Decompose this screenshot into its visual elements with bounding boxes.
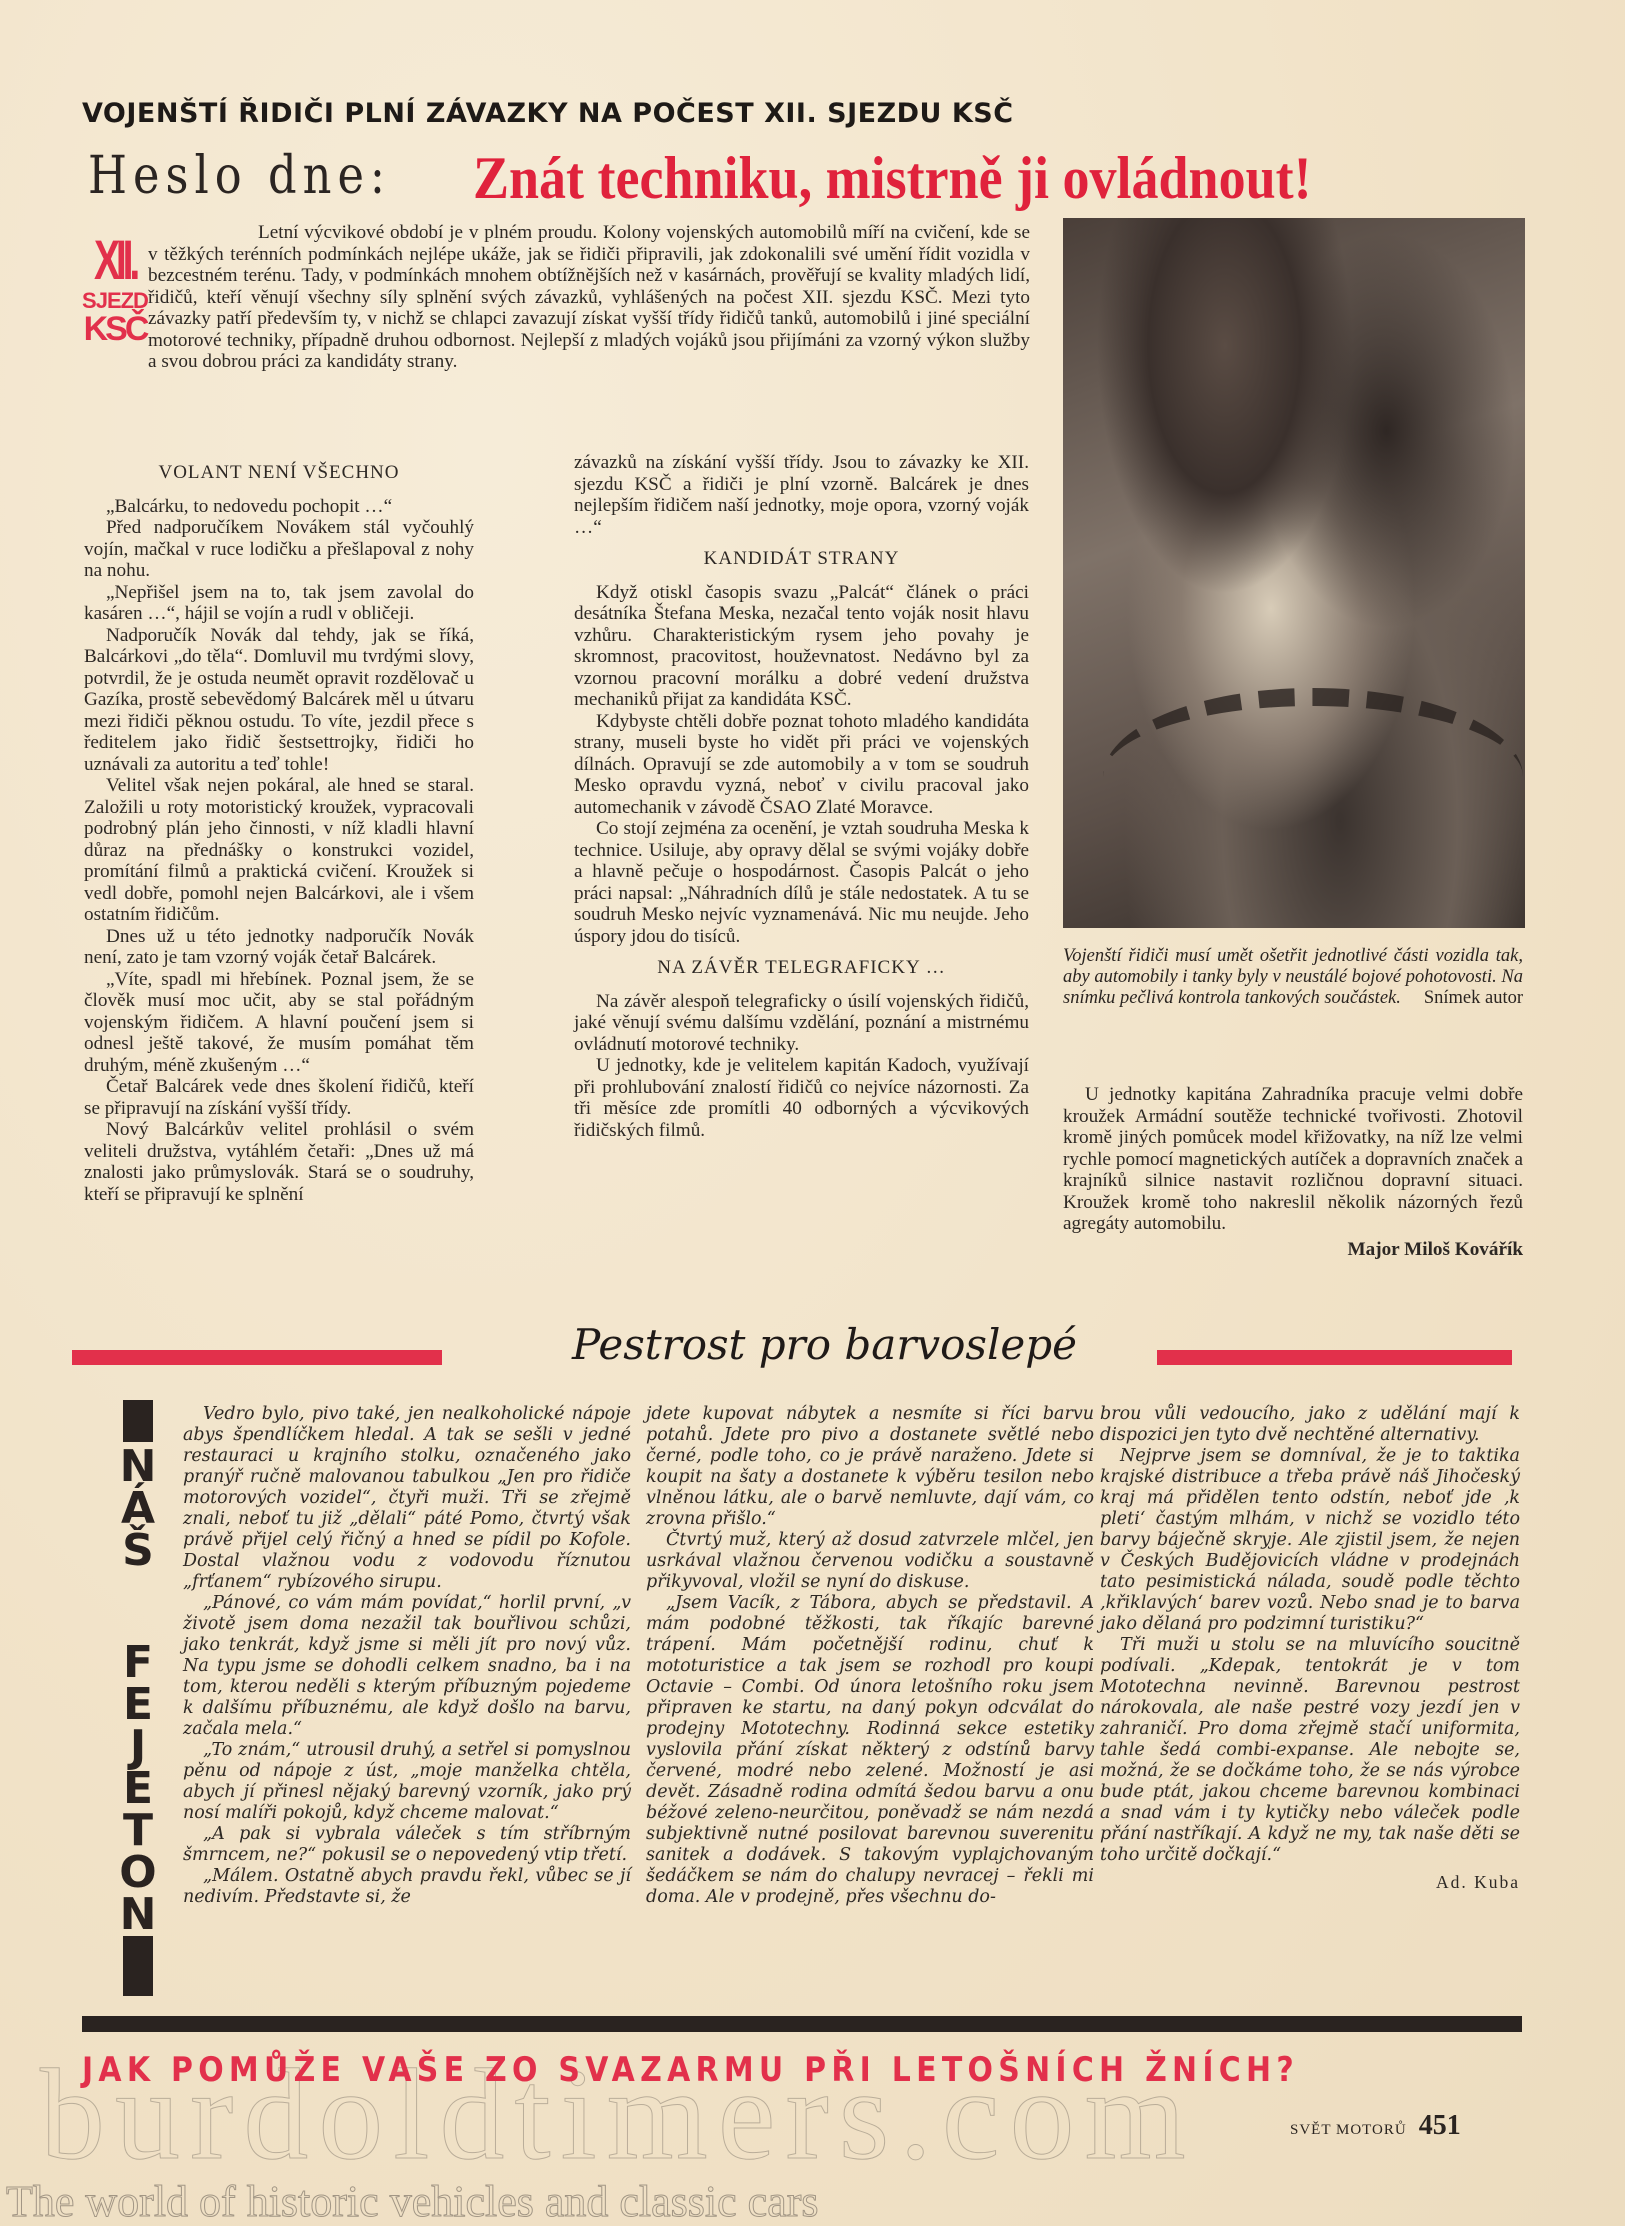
paragraph: Čtvrtý muž, který až dosud zatvrzele mlč… xyxy=(646,1530,1094,1593)
photo-credit: Snímek autor xyxy=(1424,988,1523,1009)
paragraph: „Jsem Vacík, z Tábora, abych se představ… xyxy=(646,1593,1094,1908)
section-heading: NA ZÁVĚR TELEGRAFICKY … xyxy=(574,957,1029,979)
gear-icon xyxy=(1103,688,1523,866)
paragraph: „Balcárku, to nedovedu pochopit …“ xyxy=(84,496,474,518)
article-intro: Letní výcvikové období je v plném proudu… xyxy=(148,222,1030,373)
letter: N xyxy=(118,1894,158,1936)
headline-lead: Heslo dne: xyxy=(88,150,391,202)
letter: E xyxy=(118,1684,158,1726)
paragraph: Nejprve jsem se domníval, že je to takti… xyxy=(1100,1446,1520,1635)
feuilleton-column-2: jdete kupovat nábytek a nesmíte si říci … xyxy=(646,1404,1094,1908)
article-author: Major Miloš Kovářík xyxy=(1063,1239,1523,1261)
paragraph: Když otiskl časopis svazu „Palcát“ článe… xyxy=(574,582,1029,711)
headline-slogan: Znát techniku, mistrně ji ovládnout! xyxy=(473,148,1312,208)
kicker-headline: VOJENŠTÍ ŘIDIČI PLNÍ ZÁVAZKY NA POČEST X… xyxy=(82,98,1014,129)
paragraph: Nový Balcárkův velitel prohlásil o svém … xyxy=(84,1119,474,1205)
red-rule xyxy=(72,1350,442,1365)
watermark-tagline: The world of historic vehicles and class… xyxy=(6,2176,819,2226)
paragraph: „To znám,“ utrousil druhý, a setřel si p… xyxy=(183,1740,631,1824)
black-rule xyxy=(82,2016,1522,2032)
photo-soldier-inspecting-gear xyxy=(1063,218,1525,928)
feuilleton-author: Ad. Kuba xyxy=(1100,1872,1520,1893)
page-footer: SVĚT MOTORŮ 451 xyxy=(1290,2110,1461,2142)
logo-sjezd: SJEZD xyxy=(80,290,150,312)
page-number: 451 xyxy=(1419,2110,1461,2141)
letter: T xyxy=(118,1810,158,1852)
paragraph: Vedro bylo, pivo také, jen nealkoholické… xyxy=(183,1404,631,1593)
main-headline: Heslo dne: Znát techniku, mistrně ji ovl… xyxy=(88,150,440,202)
paragraph: Četař Balcárek vede dnes školení řidičů,… xyxy=(84,1076,474,1119)
paragraph: Nadporučík Novák dal tehdy, jak se říká,… xyxy=(84,625,474,776)
paragraph: „Málem. Ostatně abych pravdu řekl, vůbec… xyxy=(183,1866,631,1908)
feuilleton-vertical-label: N Á Š F E J E T O N xyxy=(118,1400,158,2000)
article-closing: U jednotky kapitána Zahradníka pracuje v… xyxy=(1063,1084,1523,1260)
letter: O xyxy=(118,1852,158,1894)
letter: J xyxy=(118,1726,158,1768)
paragraph: jdete kupovat nábytek a nesmíte si říci … xyxy=(646,1404,1094,1530)
feuilleton-column-1: Vedro bylo, pivo také, jen nealkoholické… xyxy=(183,1404,631,1908)
paragraph: U jednotky kapitána Zahradníka pracuje v… xyxy=(1063,1084,1523,1235)
paragraph: Na závěr alespoň telegraficky o úsilí vo… xyxy=(574,991,1029,1056)
logo-ksc: KSČ xyxy=(80,312,150,346)
feuilleton-column-3: brou vůli vedoucího, jako z udělání mají… xyxy=(1100,1404,1520,1893)
paragraph: „Nepřišel jsem na to, tak jsem zavolal d… xyxy=(84,582,474,625)
article-column-1: VOLANT NENÍ VŠECHNO „Balcárku, to nedove… xyxy=(84,452,474,1205)
letter: Š xyxy=(118,1530,158,1572)
letter: E xyxy=(118,1768,158,1810)
paragraph: Před nadporučíkem Novákem stál vyčouhlý … xyxy=(84,517,474,582)
paragraph: Velitel však nejen pokáral, ale hned se … xyxy=(84,775,474,926)
article-column-2: závazků na získání vyšší třídy. Jsou to … xyxy=(574,452,1029,1141)
paragraph: Kdybyste chtěli dobře poznat tohoto mlad… xyxy=(574,711,1029,819)
paragraph: U jednotky, kde je velitelem kapitán Kad… xyxy=(574,1055,1029,1141)
block-icon xyxy=(123,1936,153,1996)
letter: Á xyxy=(118,1488,158,1530)
section-heading: KANDIDÁT STRANY xyxy=(574,548,1029,570)
magazine-name: SVĚT MOTORŮ xyxy=(1290,2122,1407,2138)
feuilleton-title: Pestrost pro barvoslepé xyxy=(472,1320,1177,1369)
banner-question: JAK POMŮŽE VAŠE ZO SVAZARMU PŘI LETOŠNÍC… xyxy=(82,2050,1349,2090)
congress-logo-icon: XII. SJEZD KSČ xyxy=(80,232,150,362)
red-rule xyxy=(1157,1350,1512,1365)
intro-text: Letní výcvikové období je v plném proudu… xyxy=(148,222,1030,373)
section-heading: VOLANT NENÍ VŠECHNO xyxy=(84,462,474,484)
photo-caption: Vojenští řidiči musí umět ošetřit jednot… xyxy=(1063,946,1523,1009)
paragraph: brou vůli vedoucího, jako z udělání mají… xyxy=(1100,1404,1520,1446)
paragraph: Co stojí zejména za ocenění, je vztah so… xyxy=(574,818,1029,947)
paragraph: „Pánové, co vám mám povídat,“ horlil prv… xyxy=(183,1593,631,1740)
letter: F xyxy=(118,1642,158,1684)
paragraph: Dnes už u této jednotky nadporučík Novák… xyxy=(84,926,474,969)
logo-roman: XII. xyxy=(91,232,140,288)
paragraph: závazků na získání vyšší třídy. Jsou to … xyxy=(574,452,1029,538)
paragraph: „A pak si vybrala váleček s tím stříbrný… xyxy=(183,1824,631,1866)
paragraph: Tři muži u stolu se na mluvícího soucitn… xyxy=(1100,1635,1520,1866)
block-icon xyxy=(123,1400,153,1442)
feuilleton-title-bar: Pestrost pro barvoslepé xyxy=(72,1320,1512,1380)
letter: N xyxy=(118,1446,158,1488)
paragraph: „Víte, spadl mi hřebínek. Poznal jsem, ž… xyxy=(84,969,474,1077)
